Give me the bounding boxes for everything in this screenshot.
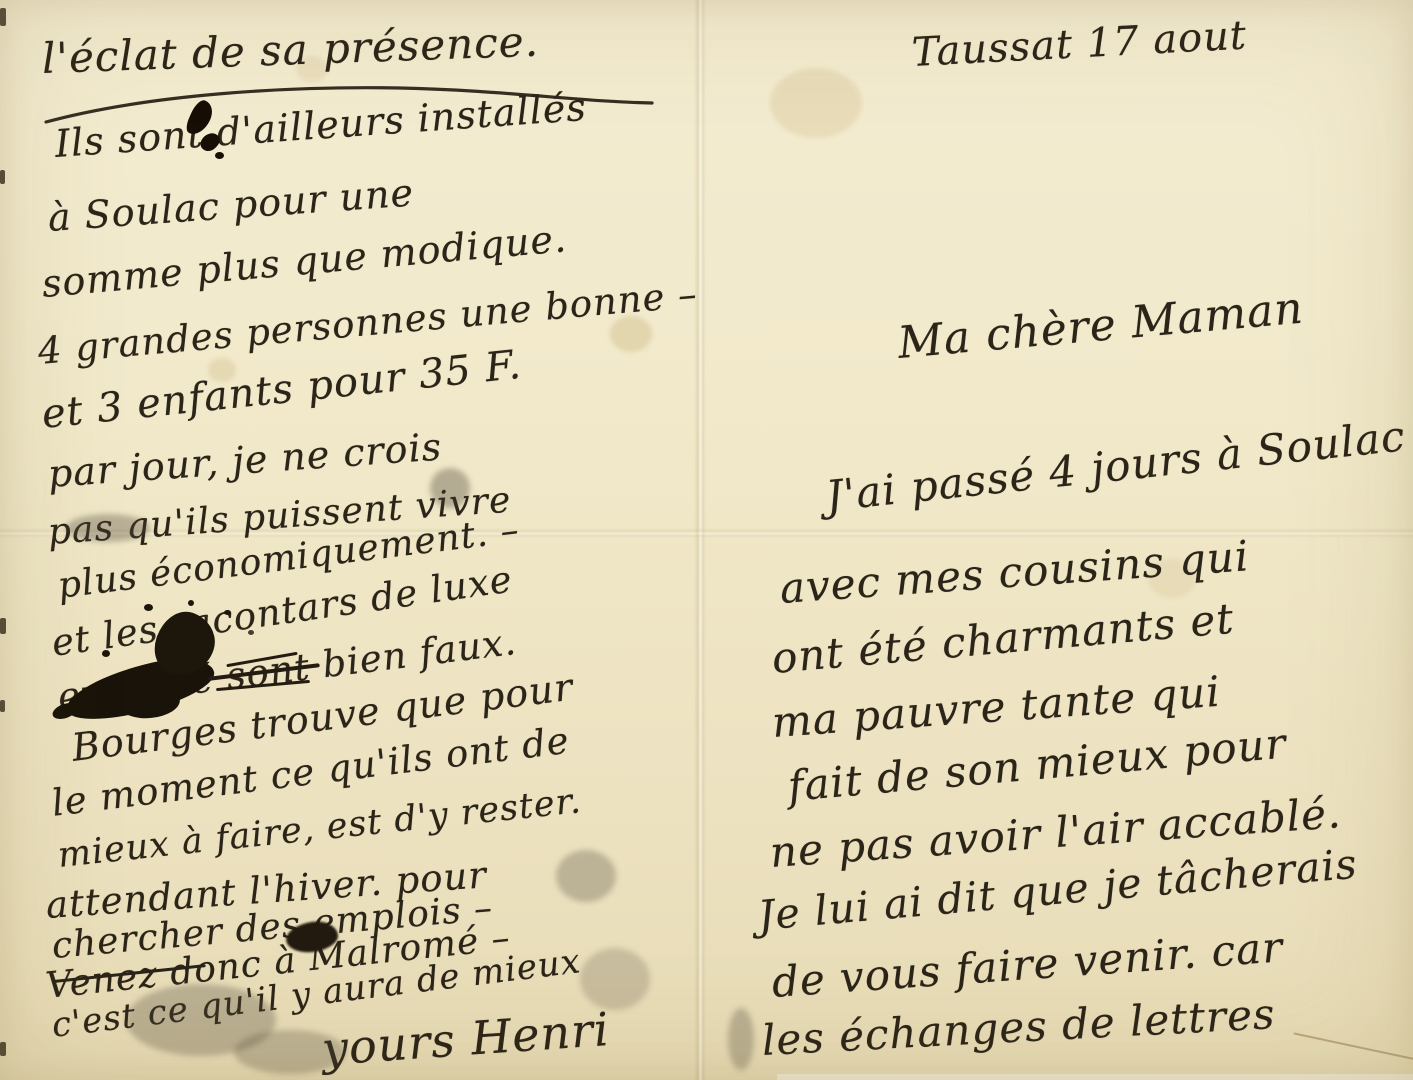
gray-smudge-bottom-left <box>234 1030 346 1074</box>
gray-smudge-mid <box>556 850 616 902</box>
ink-blot-top <box>180 98 232 170</box>
right-page: Taussat 17 aout Ma chère Maman J'ai pass… <box>700 0 1413 1080</box>
gray-smudge-bottom-left <box>580 948 650 1010</box>
heading-line: l'éclat de sa présence. <box>41 17 540 83</box>
left-page: l'éclat de sa présence. Ils sont d'aille… <box>0 0 700 1080</box>
gray-smudge-mid <box>66 514 150 542</box>
dateline: Taussat 17 aout <box>911 12 1248 75</box>
salutation: Ma chère Maman <box>896 283 1306 369</box>
handwritten-line: J'ai passé 4 jours à Soulac <box>823 411 1407 521</box>
ink-smudge-malrome <box>282 918 344 958</box>
handwritten-line: par jour, je ne crois <box>46 425 443 496</box>
signature-line: yours Henri <box>320 1002 611 1076</box>
letter-scan: l'éclat de sa présence. Ils sont d'aille… <box>0 0 1413 1080</box>
ink-blot-large <box>58 608 338 736</box>
gray-smudge-right-page <box>728 1008 754 1070</box>
handwritten-line: à Soulac pour une <box>46 170 415 239</box>
